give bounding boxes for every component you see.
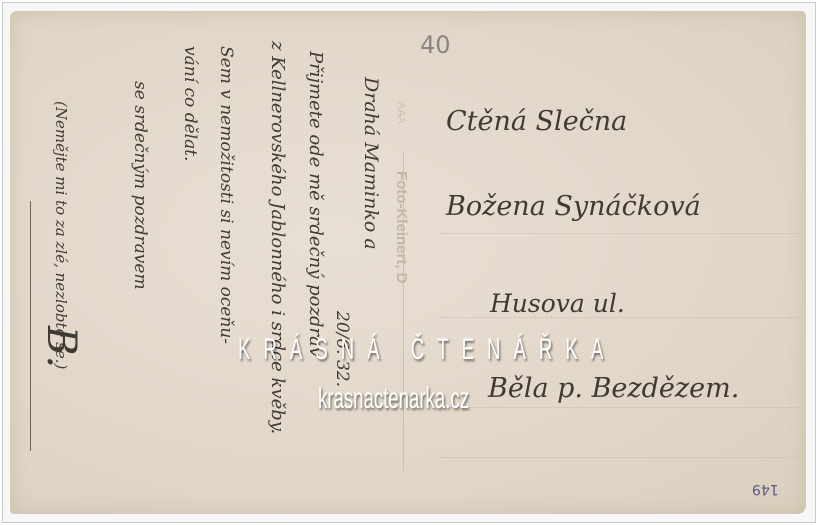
signature: B. [38,326,84,368]
pencil-number: 40 [420,31,451,59]
address-town: Běla p. Bezdězem. [488,373,739,404]
message-closing: se srdečným pozdravem [130,81,150,290]
corner-number: 149 [752,481,779,497]
margin-pen-stroke [30,201,31,451]
printer-imprint: Foto-Kleinert, D [393,171,410,284]
watermark-url: krasnactenarka.cz [318,382,469,416]
message-line-5: vání co dělat. [180,46,200,161]
address-name: Božena Synáčková [446,191,701,222]
message-line-2: Přijmete ode mě srdečný pozdrav [305,51,326,357]
address-salutation: Ctěná Slečna [446,106,627,137]
postcard-back: 40 AAA Foto-Kleinert, D Drahá Maminko a … [10,11,806,514]
address-dotted-line-4 [440,457,800,458]
watermark-title: KRÁSNÁ ČTENÁŘKA [238,333,616,367]
address-street: Husova ul. [490,289,625,318]
address-dotted-line-2 [440,317,800,318]
address-dotted-line-3 [440,407,800,408]
message-line-3: z Kellnerovského Jablonného i srdce kvěb… [267,41,288,434]
message-line-4: Sem v nemožitosti si nevím oceňu- [216,46,236,344]
address-dotted-line-1 [440,233,800,234]
stamp-box-mark: AAA [395,102,407,124]
message-line-1: Drahá Maminko a [360,77,382,250]
